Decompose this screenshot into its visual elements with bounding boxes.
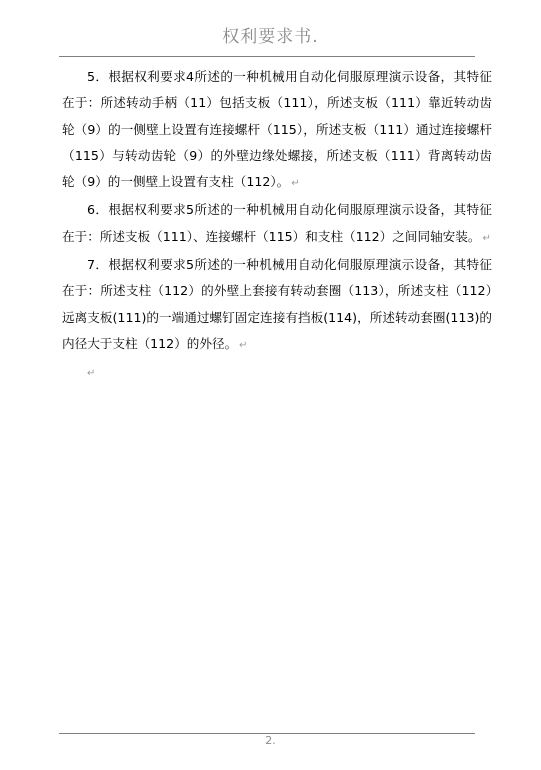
claim-paragraph-5[interactable]: 5．根据权利要求4所述的一种机械用自动化伺服原理演示设备，其特征在于：所述转动手…	[62, 64, 492, 197]
claim-text: 7．根据权利要求5所述的一种机械用自动化伺服原理演示设备，其特征在于：所述支柱（…	[62, 257, 492, 351]
claim-paragraph-6[interactable]: 6．根据权利要求5所述的一种机械用自动化伺服原理演示设备，其特征在于：所述支板（…	[62, 197, 492, 252]
page-number: 2.	[0, 734, 541, 747]
document-page: 权利要求书. 5．根据权利要求4所述的一种机械用自动化伺服原理演示设备，其特征在…	[0, 0, 541, 770]
claim-text: 5．根据权利要求4所述的一种机械用自动化伺服原理演示设备，其特征在于：所述转动手…	[62, 69, 492, 189]
paragraph-mark-icon: ↵	[482, 233, 490, 244]
page-header-title: 权利要求书.	[0, 22, 541, 47]
header-divider	[59, 56, 475, 57]
claim-text: 6．根据权利要求5所述的一种机械用自动化伺服原理演示设备，其特征在于：所述支板（…	[62, 202, 492, 243]
claim-paragraph-7[interactable]: 7．根据权利要求5所述的一种机械用自动化伺服原理演示设备，其特征在于：所述支柱（…	[62, 252, 492, 359]
paragraph-mark-icon: ↵	[87, 368, 95, 379]
paragraph-mark-icon: ↵	[239, 340, 247, 351]
document-body[interactable]: 5．根据权利要求4所述的一种机械用自动化伺服原理演示设备，其特征在于：所述转动手…	[62, 64, 492, 386]
empty-paragraph[interactable]: ↵	[62, 359, 492, 385]
paragraph-mark-icon: ↵	[291, 178, 299, 189]
